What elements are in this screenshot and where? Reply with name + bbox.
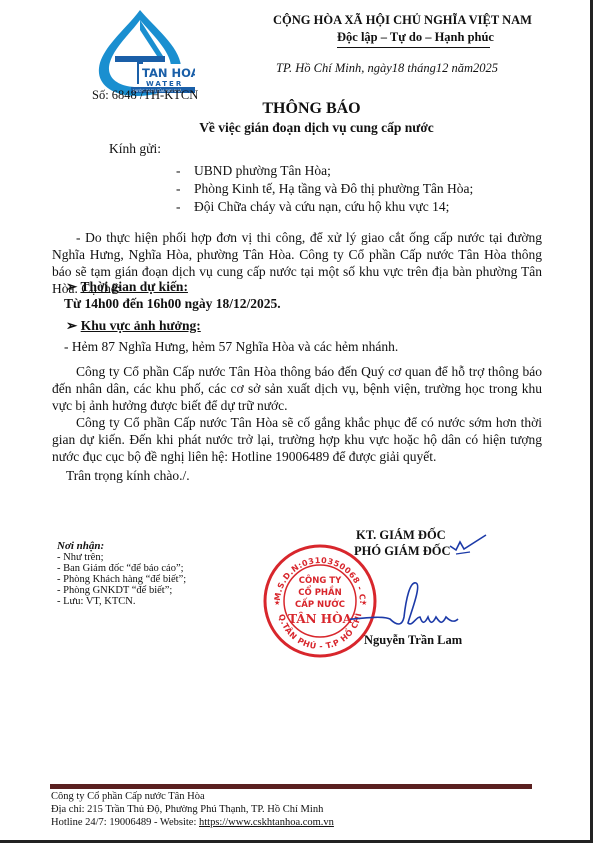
footer-divider bbox=[50, 784, 532, 789]
date-line: TP. Hồ Chí Minh, ngày18 tháng12 năm2025 bbox=[276, 61, 498, 76]
recipients-footer-item: - Lưu: VT, KTCN. bbox=[57, 596, 186, 607]
footer-address: Địa chỉ: 215 Trần Thủ Độ, Phường Phú Thạ… bbox=[51, 804, 323, 815]
document-subtitle: Về việc gián đoạn dịch vụ cung cấp nước bbox=[0, 120, 593, 136]
recipients-footer-item: - Như trên; bbox=[57, 552, 186, 563]
svg-text:★: ★ bbox=[274, 599, 280, 607]
water-drop-logo-icon: TAN HOA WATER NƯỚC SẠCH CỦA MỌI NHÀ bbox=[85, 6, 195, 98]
addressee-label: Kính gửi: bbox=[109, 141, 161, 157]
time-value: Từ 14h00 đến 16h00 ngày 18/12/2025. bbox=[64, 296, 281, 312]
footer-hotline: Hotline 24/7: 19006489 - Website: https:… bbox=[51, 817, 334, 828]
signer-name: Nguyễn Trần Lam bbox=[364, 633, 462, 648]
closing-line: Trân trọng kính chào./. bbox=[66, 468, 190, 484]
recipients-footer-item: - Phòng Khách hàng “để biết”; bbox=[57, 574, 186, 585]
recipients-footer-heading: Nơi nhận: bbox=[57, 541, 186, 552]
recipients-footer: Nơi nhận: - Như trên; - Ban Giám đốc “để… bbox=[57, 541, 186, 607]
svg-text:CÔNG TY: CÔNG TY bbox=[299, 574, 342, 586]
arrow-bullet-icon: ➢ bbox=[66, 279, 80, 294]
motto: Độc lập – Tự do – Hạnh phúc bbox=[337, 30, 494, 45]
signature-title-1: KT. GIÁM ĐỐC bbox=[356, 528, 446, 543]
svg-text:TÂN HÒA: TÂN HÒA bbox=[288, 610, 353, 626]
recipients-footer-item: - Phòng GNKDT “để biết”; bbox=[57, 585, 186, 596]
svg-text:WATER: WATER bbox=[146, 80, 183, 88]
svg-text:CẤP NƯỚC: CẤP NƯỚC bbox=[295, 597, 345, 610]
area-value: - Hẻm 87 Nghĩa Hưng, hẻm 57 Nghĩa Hòa và… bbox=[64, 339, 398, 355]
section-area-heading: ➢ Khu vực ảnh hưởng: bbox=[66, 318, 201, 334]
section-time-heading: ➢ Thời gian dự kiến: bbox=[66, 279, 188, 295]
handwritten-signature-icon bbox=[350, 575, 460, 635]
svg-text:CỔ PHẦN: CỔ PHẦN bbox=[298, 585, 341, 598]
support-paragraph: Công ty Cổ phần Cấp nước Tân Hòa thông b… bbox=[52, 363, 542, 414]
arrow-bullet-icon: ➢ bbox=[66, 318, 81, 333]
nation-header: CỘNG HÒA XÃ HỘI CHỦ NGHĨA VIỆT NAM bbox=[273, 13, 532, 28]
motto-underline bbox=[337, 47, 490, 48]
document-title: THÔNG BÁO bbox=[0, 100, 593, 118]
svg-text:TAN HOA: TAN HOA bbox=[142, 66, 195, 80]
remedy-paragraph: Công ty Cổ phần Cấp nước Tân Hòa sẽ cố g… bbox=[52, 414, 542, 465]
recipients-footer-item: - Ban Giám đốc “để báo cáo”; bbox=[57, 563, 186, 574]
website-link[interactable]: https://www.cskhtanhoa.com.vn bbox=[199, 817, 334, 828]
footer-company: Công ty Cổ phần Cấp nước Tân Hòa bbox=[51, 791, 205, 802]
initial-mark-icon bbox=[448, 532, 488, 557]
